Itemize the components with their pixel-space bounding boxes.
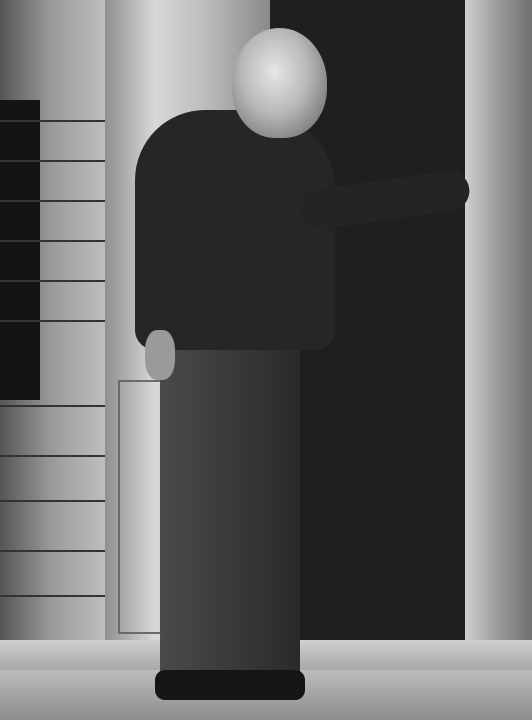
door-panel (118, 380, 162, 634)
person-head (232, 28, 327, 138)
person-trousers (160, 320, 300, 690)
person-sweater (135, 110, 335, 350)
door-frame-right (465, 0, 532, 650)
person-shoes (155, 670, 305, 700)
dark-window (0, 100, 40, 400)
person-hand (145, 330, 175, 380)
photograph (0, 0, 532, 720)
